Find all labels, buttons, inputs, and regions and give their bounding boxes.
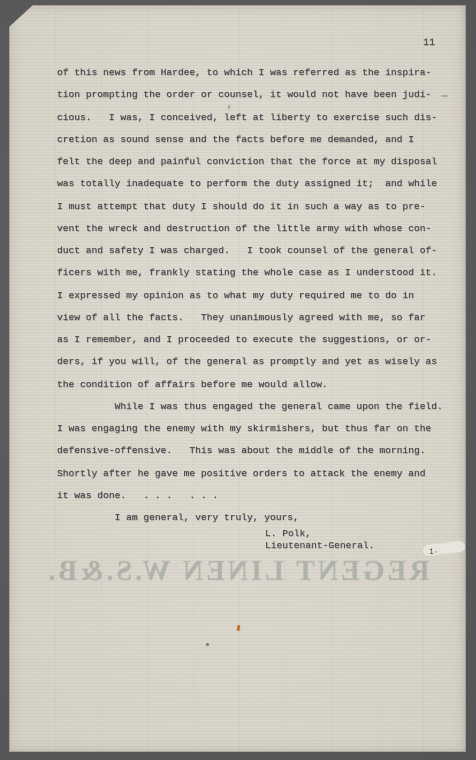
signature-block: L. Polk, Lieutenant-General. [265, 528, 374, 552]
stray-dash-mark [441, 95, 448, 97]
ink-speck [206, 643, 209, 646]
typed-line: as I remember, and I proceeded to execut… [57, 329, 452, 351]
typed-line: cretion as sound sense and the facts bef… [57, 129, 452, 151]
typed-line: felt the deep and painful conviction tha… [57, 151, 452, 173]
typed-line: I am general, very truly, yours, [57, 507, 452, 529]
typed-line: ders, if you will, of the general as pro… [57, 351, 452, 373]
typed-line: cious. I was, I conceived, left at liber… [57, 107, 452, 129]
typed-line: tion prompting the order or counsel, it … [57, 84, 452, 106]
scan-background: 11 of this news from Hardee, to which I … [0, 0, 476, 760]
typed-line: defensive-offensive. This was about the … [57, 440, 452, 462]
typed-line: duct and safety I was charged. I took co… [57, 240, 452, 262]
typed-line: view of all the facts. They unanimously … [57, 307, 452, 329]
paper-watermark: REGENT LINEN W.S.&B. [29, 556, 446, 588]
typed-line: I expressed my opinion as to what my dut… [57, 285, 452, 307]
typed-line: I was engaging the enemy with my skirmis… [57, 418, 452, 440]
typed-line: Shortly after he gave me positive orders… [57, 463, 452, 485]
page-number: 11 [423, 38, 435, 49]
pencil-mark: 1· [429, 548, 439, 557]
signature-title: Lieutenant-General. [265, 540, 374, 552]
typed-line: vent the wreck and destruction of the li… [57, 218, 452, 240]
letter-body: of this news from Hardee, to which I was… [57, 62, 452, 529]
typed-line: of this news from Hardee, to which I was… [57, 62, 452, 84]
typed-line: While I was thus engaged the general cam… [57, 396, 452, 418]
typed-line: was totally inadequate to perform the du… [57, 173, 452, 195]
typed-line: I must attempt that duty I should do it … [57, 196, 452, 218]
typed-line: it was done. . . . . . . [57, 485, 452, 507]
document-page: 11 of this news from Hardee, to which I … [9, 5, 466, 752]
typed-line: ficers with me, frankly stating the whol… [57, 262, 452, 284]
rust-speck [237, 625, 241, 631]
typed-line: the condition of affairs before me would… [57, 374, 452, 396]
signature-name: L. Polk, [265, 528, 374, 540]
